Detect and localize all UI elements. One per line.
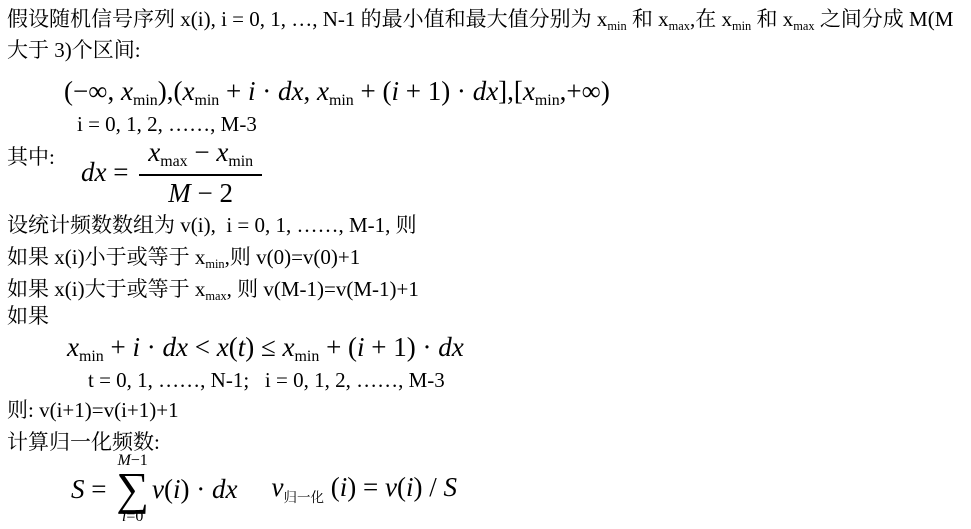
fraction-denominator: M − 2 <box>159 176 242 210</box>
fraction-numerator: xmax − xmin <box>139 135 262 176</box>
summation: M−1 ∑ i=0 <box>116 453 149 524</box>
if-label: 如果 <box>7 303 49 329</box>
intervals-formula: (−∞, xmin),(xmin + i · dx, xmin + (i + 1… <box>64 74 610 113</box>
sum-equation-rhs: v(i) · dx <box>152 472 237 506</box>
greater-rule-line: 如果 x(i)大于或等于 xmax, 则 v(M-1)=v(M-1)+1 <box>7 276 419 305</box>
dx-equation: dx = xmax − xmin M − 2 <box>81 141 266 203</box>
intervals-index-line: i = 0, 1, 2, ……, M-3 <box>77 111 257 137</box>
where-label: 其中: <box>7 144 55 170</box>
intro-line-1: 假设随机信号序列 x(i), i = 0, 1, …, N-1 的最小值和最大值… <box>7 6 953 35</box>
sigma-symbol: ∑ <box>116 469 149 508</box>
dx-fraction: xmax − xmin M − 2 <box>139 135 262 210</box>
intro-line-2: 大于 3)个区间: <box>7 37 141 63</box>
normalized-definition: v归一化 (i) = v(i) / S <box>272 470 457 509</box>
range-index-line: t = 0, 1, ……, N-1; i = 0, 1, 2, ……, M-3 <box>88 367 445 393</box>
document-page: { "document": { "background": "#ffffff",… <box>0 0 971 529</box>
less-rule-line: 如果 x(i)小于或等于 xmin,则 v(0)=v(0)+1 <box>7 244 360 273</box>
range-condition-formula: xmin + i · dx < x(t) ≤ xmin + (i + 1) · … <box>67 330 464 369</box>
summation-lower-limit: i=0 <box>122 509 143 525</box>
then-rule-line: 则: v(i+1)=v(i+1)+1 <box>7 397 179 423</box>
freq-array-line: 设统计频数数组为 v(i), i = 0, 1, ……, M-1, 则 <box>7 212 417 238</box>
dx-equation-lhs: dx = <box>81 155 135 189</box>
sum-equation-lhs: S = <box>71 472 113 506</box>
sum-equation: S = M−1 ∑ i=0 v(i) · dx v归一化 (i) = v(i) … <box>71 452 457 526</box>
